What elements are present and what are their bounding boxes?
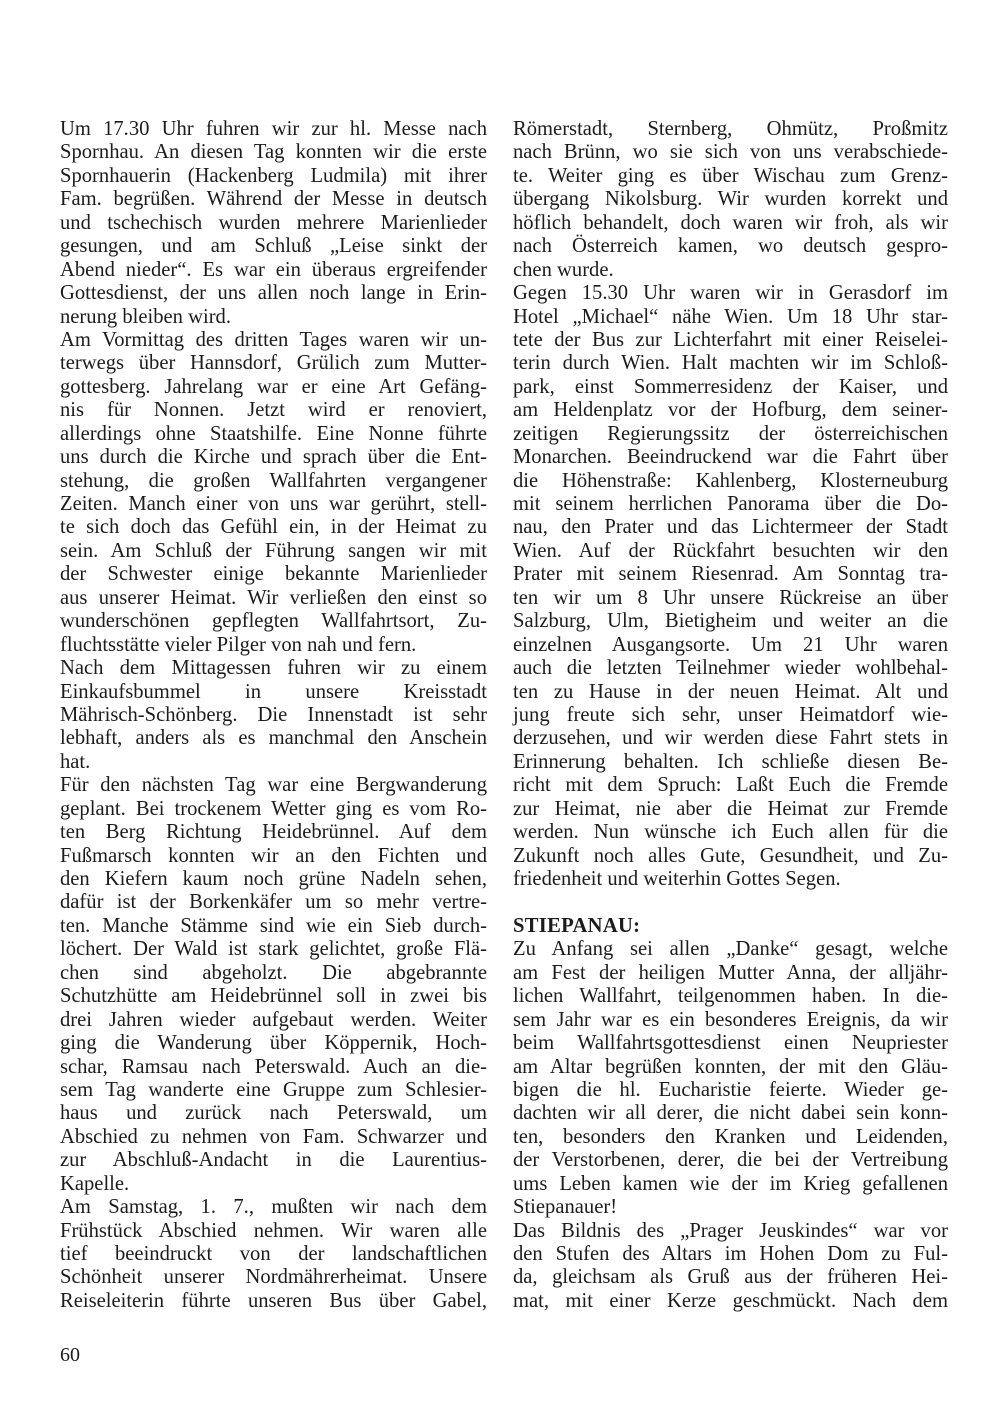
- text-line: den Stufen des Altars im Hohen Dom zu Fu…: [513, 1243, 948, 1266]
- text-line: Abschied zu nehmen von Fam. Schwarzer un…: [60, 1126, 487, 1149]
- text-line: am Altar begrüßen konnten, der mit den G…: [513, 1056, 948, 1079]
- text-line: Am Vormittag des dritten Tages waren wir…: [60, 329, 487, 352]
- text-line: nach Brünn, wo sie sich von uns verabsch…: [513, 141, 948, 164]
- page-number: 60: [60, 1344, 80, 1367]
- text-line: ging die Wanderung über Köppernik, Hoch-: [60, 1032, 487, 1055]
- text-line: sem Tag wanderte eine Gruppe zum Schlesi…: [60, 1079, 487, 1102]
- text-line: mat, mit einer Kerze geschmückt. Nach de…: [513, 1290, 948, 1313]
- text-line: Spornhau. An diesen Tag konnten wir die …: [60, 141, 487, 164]
- text-line: Hotel „Michael“ nähe Wien. Um 18 Uhr sta…: [513, 306, 948, 329]
- text-line: werden. Nun wünsche ich Euch allen für d…: [513, 821, 948, 844]
- text-line: derzusehen, und wir werden diese Fahrt s…: [513, 727, 948, 750]
- text-line: der Verstorbenen, derer, die bei der Ver…: [513, 1149, 948, 1172]
- text-line: terwegs über Hannsdorf, Grülich zum Mutt…: [60, 352, 487, 375]
- text-line: te sich doch das Gefühl ein, in der Heim…: [60, 516, 487, 539]
- text-line: aus unserer Heimat. Wir verließen den ei…: [60, 587, 487, 610]
- text-line: wunderschönen gepflegten Wallfahrtsort, …: [60, 610, 487, 633]
- text-line: Schönheit unserer Nordmährerheimat. Unse…: [60, 1266, 487, 1289]
- text-line: sein. Am Schluß der Führung sangen wir m…: [60, 540, 487, 563]
- paragraph: Römerstadt, Sternberg, Ohmütz, Proßmitzn…: [513, 118, 948, 282]
- text-line: und tschechisch wurden mehrere Marienlie…: [60, 212, 487, 235]
- text-line: höflich behandelt, doch waren wir froh, …: [513, 212, 948, 235]
- text-line: zur Abschluß-Andacht in die Laurentius-: [60, 1149, 487, 1172]
- text-line: ten Berg Richtung Heidebrünnel. Auf dem: [60, 821, 487, 844]
- text-line: nis für Nonnen. Jetzt wird er renoviert,: [60, 399, 487, 422]
- text-line: Fam. begrüßen. Während der Messe in deut…: [60, 188, 487, 211]
- text-line: ten zu Hause in der neuen Heimat. Alt un…: [513, 681, 948, 704]
- text-line: Wien. Auf der Rückfahrt besuchten wir de…: [513, 540, 948, 563]
- text-line: friedenheit und weiterhin Gottes Segen.: [513, 868, 948, 891]
- text-line: dachten wir all derer, die nicht dabei s…: [513, 1102, 948, 1125]
- text-line: nau, den Prater und das Lichtermeer der …: [513, 516, 948, 539]
- text-line: Fußmarsch konnten wir an den Fichten und: [60, 845, 487, 868]
- text-line: drei Jahren wieder aufgebaut werden. Wei…: [60, 1009, 487, 1032]
- text-line: Zu Anfang sei allen „Danke“ gesagt, welc…: [513, 938, 948, 961]
- text-line: am Heldenplatz vor der Hofburg, dem sein…: [513, 399, 948, 422]
- text-line: den Kiefern kaum noch grüne Nadeln sehen…: [60, 868, 487, 891]
- text-line: sem Jahr war es ein besonderes Ereignis,…: [513, 1009, 948, 1032]
- text-line: tief beeindruckt von der landschaftliche…: [60, 1243, 487, 1266]
- text-line: Römerstadt, Sternberg, Ohmütz, Proßmitz: [513, 118, 948, 141]
- text-line: allerdings ohne Staatshilfe. Eine Nonne …: [60, 423, 487, 446]
- paragraph: Um 17.30 Uhr fuhren wir zur hl. Messe na…: [60, 118, 487, 329]
- text-line: Abend nieder“. Es war ein überaus ergrei…: [60, 259, 487, 282]
- text-line: Gottesdienst, der uns allen noch lange i…: [60, 282, 487, 305]
- text-line: da, gleichsam als Gruß aus der früheren …: [513, 1266, 948, 1289]
- text-line: chen sind abgeholzt. Die abgebrannte: [60, 962, 487, 985]
- text-line: die Höhenstraße: Kahlenberg, Klosterneub…: [513, 470, 948, 493]
- text-line: beim Wallfahrtsgottesdienst einen Neupri…: [513, 1032, 948, 1055]
- text-line: Stiepanauer!: [513, 1196, 948, 1219]
- text-line: Schutzhütte am Heidebrünnel soll in zwei…: [60, 985, 487, 1008]
- text-line: löchert. Der Wald ist stark gelichtet, g…: [60, 938, 487, 961]
- text-line: übergang Nikolsburg. Wir wurden korrekt …: [513, 188, 948, 211]
- paragraph: Gegen 15.30 Uhr waren wir in Gerasdorf i…: [513, 282, 948, 891]
- text-line: Um 17.30 Uhr fuhren wir zur hl. Messe na…: [60, 118, 487, 141]
- text-line: richt mit dem Spruch: Laßt Euch die Frem…: [513, 774, 948, 797]
- text-line: dafür ist der Borkenkäfer um so mehr ver…: [60, 891, 487, 914]
- text-line: gottesberg. Jahrelang war er eine Art Ge…: [60, 376, 487, 399]
- text-line: jung freute sich sehr, unser Heimatdorf …: [513, 704, 948, 727]
- right-column: Römerstadt, Sternberg, Ohmütz, Proßmitzn…: [513, 118, 948, 1313]
- text-line: Nach dem Mittagessen fuhren wir zu einem: [60, 657, 487, 680]
- text-line: Erinnerung behalten. Ich schließe diesen…: [513, 751, 948, 774]
- text-line: Kapelle.: [60, 1173, 487, 1196]
- text-line: am Fest der heiligen Mutter Anna, der al…: [513, 962, 948, 985]
- text-line: uns durch die Kirche und sprach über die…: [60, 446, 487, 469]
- text-line: ten, besonders den Kranken und Leidenden…: [513, 1126, 948, 1149]
- text-line: gesungen, und am Schluß „Leise sinkt der: [60, 235, 487, 258]
- paragraph: Für den nächsten Tag war eine Bergwander…: [60, 774, 487, 1196]
- text-line: Für den nächsten Tag war eine Bergwander…: [60, 774, 487, 797]
- text-line: Einkaufsbummel in unsere Kreisstadt: [60, 681, 487, 704]
- paragraph: Das Bildnis des „Prager Jeuskindes“ war …: [513, 1220, 948, 1314]
- text-line: Zeiten. Manch einer von uns war gerührt,…: [60, 493, 487, 516]
- text-line: hat.: [60, 751, 487, 774]
- text-line: stehung, die großen Wallfahrten vergange…: [60, 470, 487, 493]
- text-line: Spornhauerin (Hackenberg Ludmila) mit ih…: [60, 165, 487, 188]
- text-line: lichen Wallfahrt, teilgenommen haben. In…: [513, 985, 948, 1008]
- text-line: der Schwester einige bekannte Marienlied…: [60, 563, 487, 586]
- text-line: Prater mit seinem Riesenrad. Am Sonntag …: [513, 563, 948, 586]
- text-line: Gegen 15.30 Uhr waren wir in Gerasdorf i…: [513, 282, 948, 305]
- paragraph: Zu Anfang sei allen „Danke“ gesagt, welc…: [513, 938, 948, 1219]
- text-line: tete der Bus zur Lichterfahrt mit einer …: [513, 329, 948, 352]
- text-line: haus und zurück nach Peterswald, um: [60, 1102, 487, 1125]
- text-line: mit seinem herrlichen Panorama über die …: [513, 493, 948, 516]
- text-line: einzelnen Ausgangsorte. Um 21 Uhr waren: [513, 634, 948, 657]
- text-line: Zukunft noch alles Gute, Gesundheit, und…: [513, 845, 948, 868]
- text-line: lebhaft, anders als es manchmal den Ansc…: [60, 727, 487, 750]
- section-spacer: [513, 891, 948, 914]
- text-line: bigen die hl. Eucharistie feierte. Wiede…: [513, 1079, 948, 1102]
- text-line: park, einst Sommerresidenz der Kaiser, u…: [513, 376, 948, 399]
- text-line: Reiseleiterin führte unseren Bus über Ga…: [60, 1290, 487, 1313]
- paragraph: Am Vormittag des dritten Tages waren wir…: [60, 329, 487, 657]
- text-line: zeitigen Regierungssitz der österreichis…: [513, 423, 948, 446]
- text-line: ums Leben kamen wie der im Krieg gefalle…: [513, 1173, 948, 1196]
- text-line: Frühstück Abschied nehmen. Wir waren all…: [60, 1220, 487, 1243]
- paragraph: Nach dem Mittagessen fuhren wir zu einem…: [60, 657, 487, 774]
- text-line: te. Weiter ging es über Wischau zum Gren…: [513, 165, 948, 188]
- text-line: zur Heimat, nie aber die Heimat zur Frem…: [513, 798, 948, 821]
- text-line: terin durch Wien. Halt machten wir im Sc…: [513, 352, 948, 375]
- text-line: Mährisch-Schönberg. Die Innenstadt ist s…: [60, 704, 487, 727]
- paragraph: Am Samstag, 1. 7., mußten wir nach demFr…: [60, 1196, 487, 1313]
- text-line: Das Bildnis des „Prager Jeuskindes“ war …: [513, 1220, 948, 1243]
- section-heading: STIEPANAU:: [513, 915, 948, 938]
- text-line: schar, Ramsau nach Peterswald. Auch an d…: [60, 1056, 487, 1079]
- text-line: ten. Manche Stämme sind wie ein Sieb dur…: [60, 915, 487, 938]
- text-line: auch die letzten Teilnehmer wieder wohlb…: [513, 657, 948, 680]
- text-line: geplant. Bei trockenem Wetter ging es vo…: [60, 798, 487, 821]
- text-line: Salzburg, Ulm, Bietigheim und weiter an …: [513, 610, 948, 633]
- text-line: chen wurde.: [513, 259, 948, 282]
- text-line: nach Österreich kamen, wo deutsch gespro…: [513, 235, 948, 258]
- text-line: Am Samstag, 1. 7., mußten wir nach dem: [60, 1196, 487, 1219]
- text-line: fluchtsstätte vieler Pilger von nah und …: [60, 634, 487, 657]
- text-line: nerung bleiben wird.: [60, 306, 487, 329]
- text-line: Monarchen. Beeindruckend war die Fahrt ü…: [513, 446, 948, 469]
- left-column: Um 17.30 Uhr fuhren wir zur hl. Messe na…: [60, 118, 487, 1313]
- text-line: ten wir um 8 Uhr unsere Rückreise an übe…: [513, 587, 948, 610]
